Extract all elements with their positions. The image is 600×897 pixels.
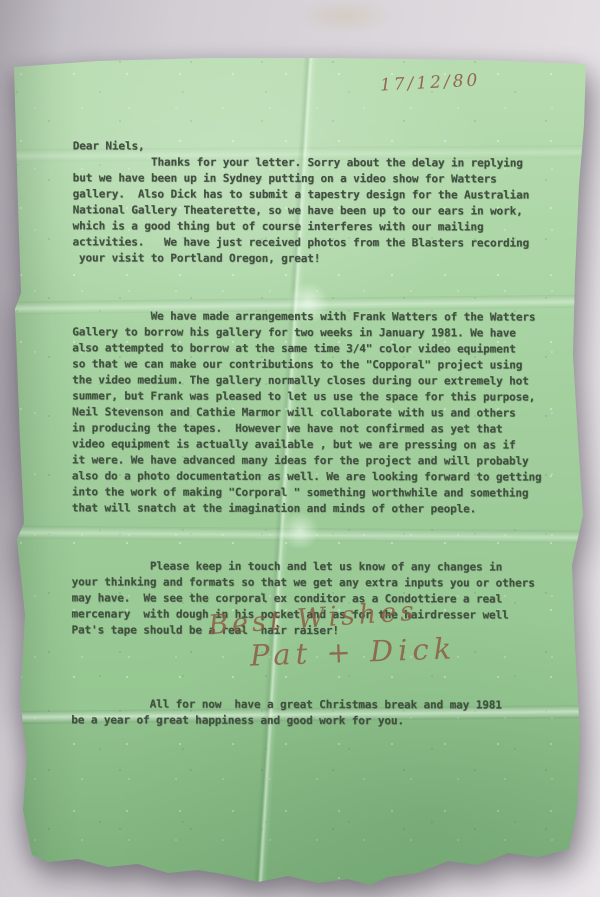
letter-paragraph: All for now have a great Christmas break… — [71, 696, 571, 729]
typed-letter-body: Dear Niels, Thanks for your letter. Sorr… — [71, 106, 573, 771]
letter-paragraph: Dear Niels, Thanks for your letter. Sorr… — [72, 138, 572, 267]
letter-photograph: 17/12/80 Dear Niels, Thanks for your let… — [0, 0, 600, 897]
paper-shadow: 17/12/80 Dear Niels, Thanks for your let… — [0, 0, 600, 897]
handwritten-signature: Pat + Dick — [249, 631, 456, 672]
handwritten-date: 17/12/80 — [380, 70, 481, 95]
letter-paragraph: We have made arrangements with Frank Wat… — [72, 308, 573, 517]
left-edge-shading — [8, 55, 80, 890]
letter-paper: 17/12/80 Dear Niels, Thanks for your let… — [8, 55, 592, 890]
